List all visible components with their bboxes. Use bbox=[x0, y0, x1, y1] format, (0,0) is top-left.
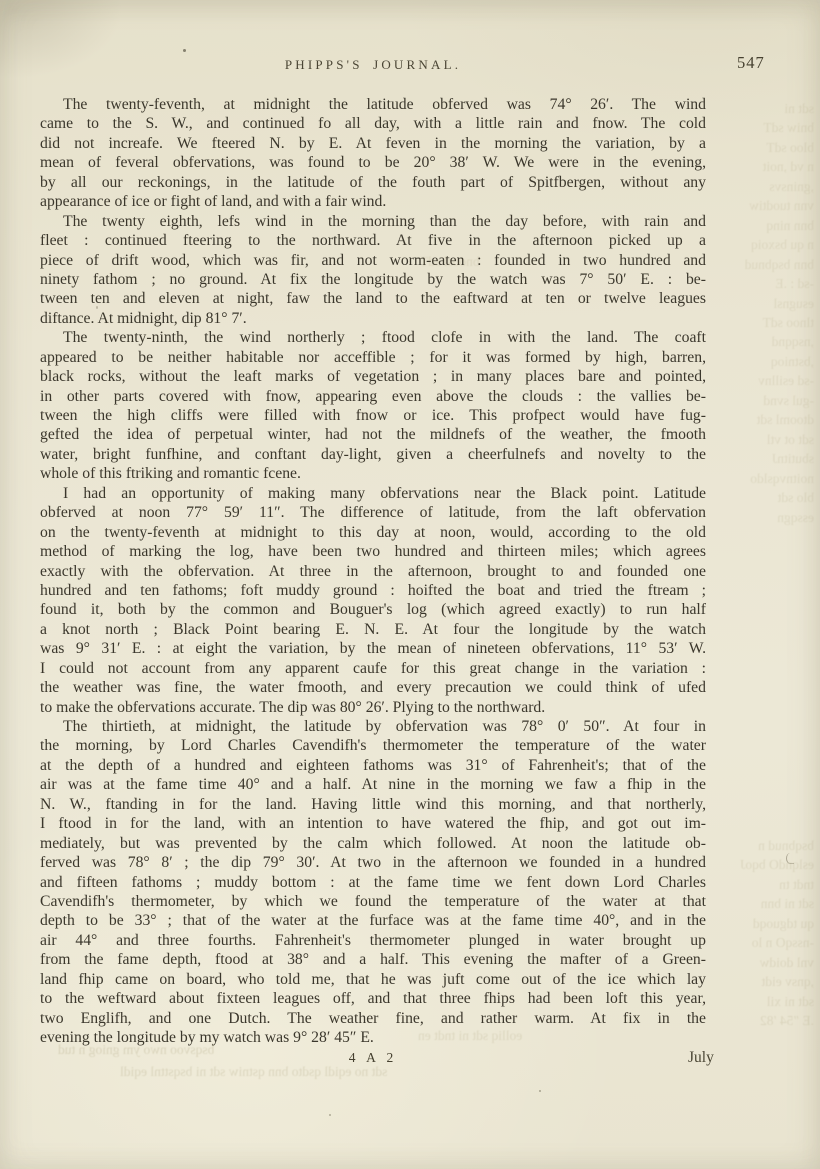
text-line: in other parts covered with fnow, appear… bbox=[40, 387, 706, 406]
body-text: The twenty-feventh, at midnight the lati… bbox=[40, 95, 706, 1047]
text-line: the morning, by Lord Charles Cavendifh's… bbox=[40, 736, 706, 755]
paragraph: The thirtieth, at midnight, the latitude… bbox=[40, 717, 706, 1047]
text-line: I ftood in for the land, with an intenti… bbox=[40, 814, 706, 833]
text-line: mean of feveral obfervations, was found … bbox=[40, 153, 706, 172]
text-line: hundred and ten fathoms; foft muddy grou… bbox=[40, 581, 706, 600]
text-line: Cavendifh's thermometer, by which we fou… bbox=[40, 892, 706, 911]
text-line: diftance. At midnight, dip 81° 7′. bbox=[40, 309, 706, 328]
text-line: I had an opportunity of making many obfe… bbox=[40, 484, 706, 503]
paper-speck bbox=[183, 49, 186, 52]
text-line: whole of this ftriking and romantic fcen… bbox=[40, 464, 706, 483]
text-line: tween the high cliffs were filled with f… bbox=[40, 406, 706, 425]
text-line: and fifteen fathoms ; muddy bottom : at … bbox=[40, 873, 706, 892]
text-line: The twenty-feventh, at midnight the lati… bbox=[40, 95, 706, 114]
text-line: ferved was 78° 8′ ; the dip 79° 30′. At … bbox=[40, 853, 706, 872]
paragraph: The twenty-feventh, at midnight the lati… bbox=[40, 95, 706, 212]
text-line: came to the S. W., and continued fo all … bbox=[40, 114, 706, 133]
show-through-column-bottom: bsqbnud n eslqndO bqoJ tndt tn sdt ni bn… bbox=[710, 836, 814, 1031]
running-title: PHIPPS'S JOURNAL. bbox=[40, 57, 706, 73]
text-line: fleet : continued fteering to the northw… bbox=[40, 231, 706, 250]
text-line: I could not account from any apparent ca… bbox=[40, 659, 706, 678]
text-line: a knot north ; Black Point bearing E. N.… bbox=[40, 620, 706, 639]
text-line: tween ten and eleven at night, faw the l… bbox=[40, 289, 706, 308]
text-line: air was at the fame time 40° and a half.… bbox=[40, 775, 706, 794]
text-line: by all our reckonings, in the latitude o… bbox=[40, 173, 706, 192]
text-line: evening the longitude by my watch was 9°… bbox=[40, 1028, 706, 1047]
text-line: was 9° 31′ E. : at eight the variation, … bbox=[40, 639, 706, 658]
text-line: at the depth of a hundred and eighteen f… bbox=[40, 756, 706, 775]
text-line: gefted the idea of perpetual winter, had… bbox=[40, 425, 706, 444]
text-line: water, bright funfhine, and conftant day… bbox=[40, 445, 706, 464]
text-line: on the twenty-feventh at midnight to thi… bbox=[40, 523, 706, 542]
text-line: land fhip came on board, who told me, th… bbox=[40, 970, 706, 989]
text-line: The twenty eighth, lefs wind in the morn… bbox=[40, 212, 706, 231]
text-line: black rocks, without the leaft marks of … bbox=[40, 367, 706, 386]
text-line: method of marking the log, have been two… bbox=[40, 542, 706, 561]
text-line: to make the obfervations accurate. The d… bbox=[40, 698, 706, 717]
text-line: depth to be 33° ; that of the water at t… bbox=[40, 911, 706, 930]
paragraph: I had an opportunity of making many obfe… bbox=[40, 484, 706, 717]
paragraph: The twenty-ninth, the wind northerly ; f… bbox=[40, 328, 706, 484]
text-line: appeared to be neither habitable nor acc… bbox=[40, 348, 706, 367]
text-line: piece of drift wood, which was fir, and … bbox=[40, 251, 706, 270]
text-line: The thirtieth, at midnight, the latitude… bbox=[40, 717, 706, 736]
signature-mark: 4 A 2 bbox=[40, 1050, 706, 1066]
text-line: from the fame depth, ftood at 38° and a … bbox=[40, 950, 706, 969]
book-page-scan: PHIPPS'S JOURNAL. 547 The twenty-feventh… bbox=[0, 0, 820, 1169]
text-line: to the weftward about fixteen leagues of… bbox=[40, 989, 706, 1008]
text-line: mediately, but was prevented by the calm… bbox=[40, 834, 706, 853]
text-line: obferved at noon 77° 59′ 11″. The differ… bbox=[40, 503, 706, 522]
paper-speck bbox=[539, 1090, 541, 1092]
text-line: the weather was fine, the water fmooth, … bbox=[40, 678, 706, 697]
page-number: 547 bbox=[737, 53, 765, 73]
text-line: air 44° and three fourths. Fahrenheit's … bbox=[40, 931, 706, 950]
text-line: N. W., ftanding in for the land. Having … bbox=[40, 795, 706, 814]
text-line: two Englifh, and one Dutch. The weather … bbox=[40, 1009, 706, 1028]
text-line: did not increafe. We fteered N. by E. At… bbox=[40, 134, 706, 153]
page-header: PHIPPS'S JOURNAL. bbox=[40, 57, 706, 73]
text-line: appearance of ice or fight of land, and … bbox=[40, 192, 706, 211]
text-line: ninety fathom ; no ground. At fix the lo… bbox=[40, 270, 706, 289]
paper-speck bbox=[329, 1114, 331, 1116]
catchword: July bbox=[688, 1049, 714, 1067]
show-through-column-top: sdt ni bniw sdT bloo sdT n vd ,noit ,gni… bbox=[710, 99, 814, 527]
text-line: exactly with the obfervation. At three i… bbox=[40, 562, 706, 581]
text-line: The twenty-ninth, the wind northerly ; f… bbox=[40, 328, 706, 347]
pencil-mark bbox=[786, 853, 794, 864]
paragraph: The twenty eighth, lefs wind in the morn… bbox=[40, 212, 706, 329]
text-line: found it, both by the common and Bouguer… bbox=[40, 600, 706, 619]
